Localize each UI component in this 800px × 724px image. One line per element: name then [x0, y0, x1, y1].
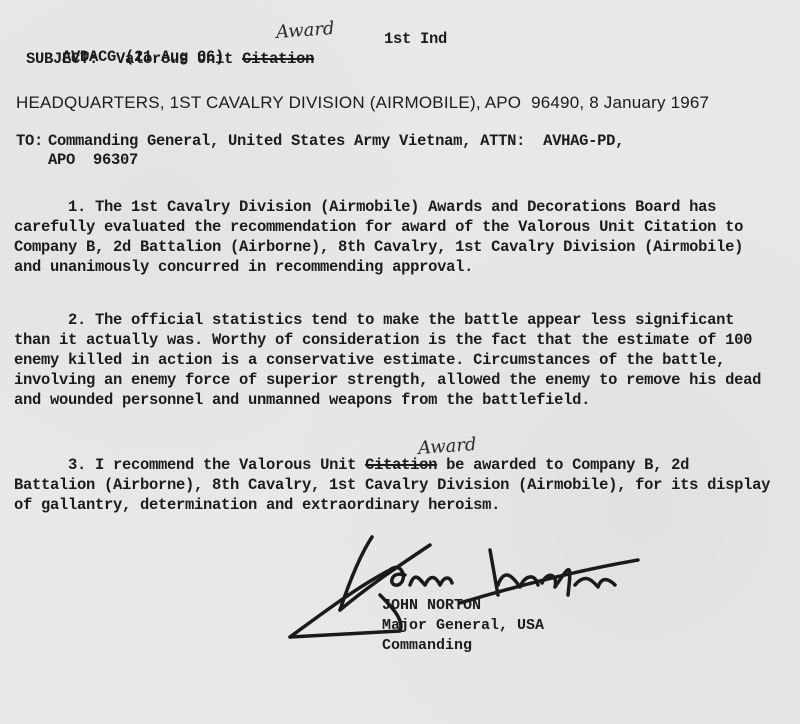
paragraph-number: 2.: [68, 311, 86, 329]
handwritten-award-subject: Award: [275, 18, 335, 43]
paragraph-2: 2. The official statistics tend to make …: [14, 310, 774, 410]
document-page: AVDACG (21 Aug 66) 1st Ind Award SUBJECT…: [0, 0, 800, 724]
to-line-2: APO 96307: [48, 151, 138, 169]
subject-label: SUBJECT:: [26, 50, 98, 68]
paragraph-number: 3.: [68, 456, 86, 474]
subject-text: Valorous Unit: [116, 50, 233, 68]
signer-title: Commanding: [382, 636, 544, 656]
signer-rank: Major General, USA: [382, 616, 544, 636]
indorsement: 1st Ind: [384, 30, 447, 48]
to-line-1: Commanding General, United States Army V…: [48, 132, 624, 150]
struck-word: Citation: [365, 456, 437, 474]
from-line: HEADQUARTERS, 1ST CAVALRY DIVISION (AIRM…: [16, 93, 709, 113]
signer-name: JOHN NORTON: [382, 596, 544, 616]
subject-line: SUBJECT: Valorous Unit Citation: [26, 50, 314, 68]
paragraph-text: The 1st Cavalry Division (Airmobile) Awa…: [14, 198, 743, 276]
paragraph-1: 1. The 1st Cavalry Division (Airmobile) …: [14, 197, 774, 277]
to-label: TO:: [16, 132, 43, 150]
paragraph-text: The official statistics tend to make the…: [14, 311, 761, 409]
paragraph-text-before: I recommend the Valorous Unit: [95, 456, 356, 474]
paragraph-3: 3. I recommend the Valorous Unit Citatio…: [14, 455, 774, 515]
signature-block: JOHN NORTON Major General, USA Commandin…: [382, 596, 544, 656]
subject-struck-word: Citation: [242, 50, 314, 68]
paragraph-number: 1.: [68, 198, 86, 216]
